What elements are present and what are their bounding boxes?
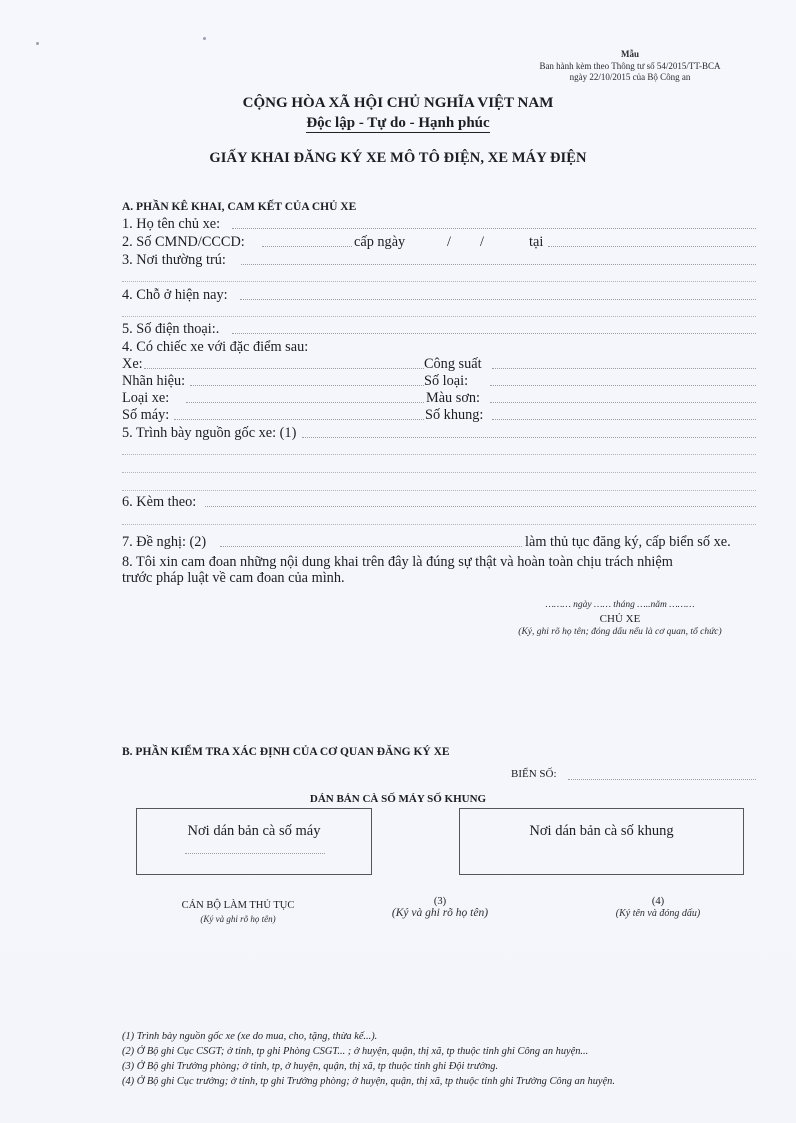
request-label: 7. Đề nghị: (2): [122, 534, 206, 550]
commitment-line-2: trước pháp luật về cam đoan của mình.: [122, 570, 345, 586]
engine-box-line: [185, 853, 325, 854]
vehicle-type-label: Xe:: [122, 356, 143, 372]
section-a-heading: A. PHẦN KÊ KHAI, CAM KẾT CỦA CHỦ XE: [122, 201, 356, 213]
vehicle-class-label: Loại xe:: [122, 390, 169, 406]
brand-label: Nhãn hiệu:: [122, 373, 185, 389]
issue-place-field[interactable]: [548, 246, 756, 247]
signature-block-3: (3) (Ký và ghi rõ họ tên): [350, 896, 530, 919]
issue-date-label: cấp ngày: [354, 234, 405, 250]
owner-name-label: 1. Họ tên chủ xe:: [122, 216, 220, 232]
section-b-heading: B. PHẦN KIỂM TRA XÁC ĐỊNH CỦA CƠ QUAN ĐĂ…: [122, 746, 450, 758]
attached-label: 6. Kèm theo:: [122, 494, 196, 510]
sign-date-line: ……… ngày …… tháng …..năm ………: [470, 600, 770, 610]
power-label: Công suất: [424, 356, 482, 372]
engine-number-label: Số máy:: [122, 407, 169, 423]
signature-title: (3): [350, 896, 530, 907]
origin-field[interactable]: [302, 437, 756, 438]
footnote-2: (2) Ở Bộ ghi Cục CSGT; ở tỉnh, tp ghi Ph…: [122, 1046, 588, 1057]
brand-field[interactable]: [190, 385, 424, 386]
frame-box-label: Nơi dán bản cà số khung: [460, 823, 743, 840]
engine-number-stamp-box[interactable]: Nơi dán bản cà số máy: [136, 808, 372, 875]
owner-name-field[interactable]: [232, 228, 756, 229]
date-separator: /: [447, 234, 451, 250]
paint-color-label: Màu sơn:: [426, 390, 480, 406]
attached-field-line2[interactable]: [122, 524, 756, 525]
vehicle-class-field[interactable]: [186, 402, 424, 403]
date-separator: /: [480, 234, 484, 250]
phone-field[interactable]: [232, 333, 756, 334]
nation-title: CỘNG HÒA XÃ HỘI CHỦ NGHĨA VIỆT NAM: [0, 95, 796, 112]
issued-by-line: Ban hành kèm theo Thông tư số 54/2015/TT…: [480, 61, 780, 72]
form-label: Mẫu: [480, 49, 780, 60]
origin-field-line2[interactable]: [122, 454, 756, 455]
current-address-field[interactable]: [240, 299, 756, 300]
signature-title: (4): [568, 896, 748, 907]
origin-field-line3[interactable]: [122, 472, 756, 473]
owner-signature-area[interactable]: [470, 645, 770, 705]
frame-number-field[interactable]: [492, 419, 756, 420]
id-number-field[interactable]: [262, 246, 352, 247]
origin-field-line4[interactable]: [122, 490, 756, 491]
signature-note: (Ký và ghi rõ họ tên): [148, 914, 328, 924]
frame-number-label: Số khung:: [425, 407, 483, 423]
footnote-4: (4) Ở Bộ ghi Cục trưởng; ở tỉnh, tp ghi …: [122, 1076, 615, 1087]
scan-speck: [36, 42, 39, 45]
paint-color-field[interactable]: [490, 402, 756, 403]
owner-sign-title: CHỦ XE: [470, 613, 770, 625]
footnote-3: (3) Ở Bộ ghi Trưởng phòng; ở tỉnh, tp, ở…: [122, 1061, 498, 1072]
engine-box-label: Nơi dán bản cà số máy: [137, 823, 371, 840]
owner-sign-note: (Ký, ghi rõ họ tên; đóng dấu nếu là cơ q…: [470, 627, 770, 637]
frame-number-stamp-box[interactable]: Nơi dán bản cà số khung: [459, 808, 744, 875]
residence-field[interactable]: [241, 264, 756, 265]
plate-field[interactable]: [568, 779, 756, 780]
motto: Độc lập - Tự do - Hạnh phúc: [0, 115, 796, 132]
current-address-field-line2[interactable]: [122, 316, 756, 317]
signature-note: (Ký tên và đóng dấu): [568, 908, 748, 919]
phone-label: 5. Số điện thoại:.: [122, 321, 219, 337]
engine-number-field[interactable]: [174, 419, 424, 420]
scan-speck: [203, 37, 206, 40]
issued-date-line: ngày 22/10/2015 của Bộ Công an: [480, 72, 780, 83]
request-suffix: làm thủ tục đăng ký, cấp biển số xe.: [525, 534, 731, 550]
issue-place-label: tại: [529, 234, 543, 250]
model-number-label: Số loại:: [424, 373, 468, 389]
plate-label: BIỂN SỐ:: [511, 768, 557, 780]
residence-label: 3. Nơi thường trú:: [122, 252, 226, 268]
stamp-heading: DÁN BẢN CÀ SỐ MÁY SỐ KHUNG: [0, 793, 796, 805]
signature-block-4: (4) (Ký tên và đóng dấu): [568, 896, 748, 919]
power-field[interactable]: [492, 368, 756, 369]
vehicle-type-field[interactable]: [144, 368, 424, 369]
signature-block-officer: CÁN BỘ LÀM THỦ TỤC (Ký và ghi rõ họ tên): [148, 900, 328, 924]
request-field[interactable]: [220, 546, 522, 547]
signature-note: (Ký và ghi rõ họ tên): [350, 907, 530, 919]
attached-field[interactable]: [205, 506, 756, 507]
current-address-label: 4. Chỗ ở hiện nay:: [122, 287, 228, 303]
vehicle-intro: 4. Có chiếc xe với đặc điểm sau:: [122, 339, 308, 355]
commitment-line-1: 8. Tôi xin cam đoan những nội dung khai …: [122, 554, 673, 570]
origin-label: 5. Trình bày nguồn gốc xe: (1): [122, 425, 296, 441]
document-title: GIẤY KHAI ĐĂNG KÝ XE MÔ TÔ ĐIỆN, XE MÁY …: [0, 150, 796, 167]
signature-title: CÁN BỘ LÀM THỦ TỤC: [148, 900, 328, 911]
id-number-label: 2. Số CMND/CCCD:: [122, 234, 245, 250]
form-page: Mẫu Ban hành kèm theo Thông tư số 54/201…: [0, 0, 796, 1123]
residence-field-line2[interactable]: [122, 281, 756, 282]
footnote-1: (1) Trình bày nguồn gốc xe (xe do mua, c…: [122, 1031, 377, 1042]
model-number-field[interactable]: [490, 385, 756, 386]
